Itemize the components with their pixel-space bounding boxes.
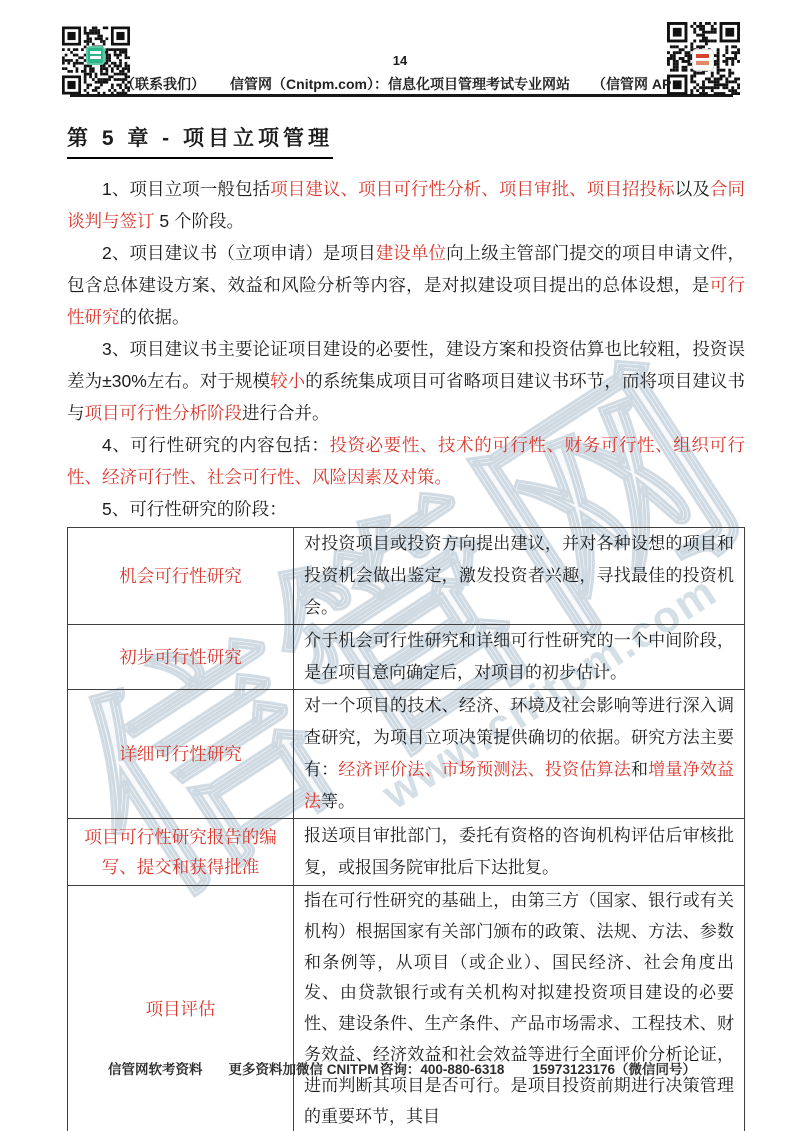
page-header: （联系我们） 信管网（Cnitpm.com）：信息化项目管理考试专业网站 （信管… [0,74,800,92]
page-number: 14 [0,53,800,68]
paragraph-list: 1、项目立项一般包括项目建议、项目可行性分析、项目审批、项目招投标以及合同谈判与… [67,173,745,525]
highlighted-text: 项目可行性分析阶段 [85,403,243,423]
table-row: 机会可行性研究对投资项目或投资方向提出建议，并对各种设想的项目和投资机会做出鉴定… [68,528,745,625]
body-text: 指在可行性研究的基础上，由第三方（国家、银行或有关机构）根据国家有关部门颁布的政… [304,891,734,1126]
body-text: 2、项目建议书（立项申请）是项目 [102,243,376,263]
body-text: 4、可行性研究的内容包括： [102,435,329,455]
document-page: 信管网 www.cnitpm.com 14 （联系我们） 信管网（Cnitpm.… [0,0,800,1131]
header-app-label: （信管网 AP [592,74,671,94]
body-text: 介于机会可行性研究和详细可行性研究的一个中间阶段，是在项目意向确定后，对项目的初… [304,631,734,682]
highlighted-text: 经济评价法、市场预测法、投资估算法 [338,760,631,779]
page-footer: 信管网软考资料 更多资料加微信 CNITPM 咨询：400-880-6318 1… [108,1058,696,1078]
stage-description-cell: 对一个项目的技术、经济、环境及社会影响等进行深入调查研究，为项目立项决策提供确切… [294,690,745,819]
highlighted-text: 建设单位 [376,243,446,263]
header-contact-label: （联系我们） [121,74,205,94]
cnitpm-logo-icon [692,49,714,71]
body-text: 等。 [321,792,355,811]
table-row: 初步可行性研究介于机会可行性研究和详细可行性研究的一个中间阶段，是在项目意向确定… [68,625,745,690]
stage-name-cell: 项目评估 [68,886,294,1131]
footer-hotline: 咨询：400-880-6318 [380,1058,505,1078]
paragraph: 5、可行性研究的阶段： [67,493,745,525]
footer-phone: 15973123176（微信同号） [532,1058,696,1078]
highlighted-text: 项目建议、项目可行性分析、项目审批、项目招投标 [270,179,675,199]
stage-description-cell: 报送项目审批部门，委托有资格的咨询机构评估后审核批复，或报国务院审批后下达批复。 [294,819,745,886]
highlighted-text: 较小 [270,371,305,391]
paragraph: 4、可行性研究的内容包括：投资必要性、技术的可行性、财务可行性、组织可行性、经济… [67,429,745,493]
feasibility-stages-table: 机会可行性研究对投资项目或投资方向提出建议，并对各种设想的项目和投资机会做出鉴定… [67,527,745,1131]
chapter-title: 第 5 章 - 项目立项管理 [67,126,333,159]
paragraph: 2、项目建议书（立项申请）是项目建设单位向上级主管部门提交的项目申请文件，包含总… [67,237,745,333]
body-text: 报送项目审批部门，委托有资格的咨询机构评估后审核批复，或报国务院审批后下达批复。 [304,826,734,877]
stage-description-cell: 介于机会可行性研究和详细可行性研究的一个中间阶段，是在项目意向确定后，对项目的初… [294,625,745,690]
stage-description-cell: 对投资项目或投资方向提出建议，并对各种设想的项目和投资机会做出鉴定，激发投资者兴… [294,528,745,625]
table-row: 详细可行性研究对一个项目的技术、经济、环境及社会影响等进行深入调查研究，为项目立… [68,690,745,819]
body-text: 1、项目立项一般包括 [102,179,270,199]
wechat-logo-icon [86,46,105,65]
stage-description-cell: 指在可行性研究的基础上，由第三方（国家、银行或有关机构）根据国家有关部门颁布的政… [294,886,745,1131]
paragraph: 1、项目立项一般包括项目建议、项目可行性分析、项目审批、项目招投标以及合同谈判与… [67,173,745,237]
footer-wechat-label: 更多资料加微信 CNITPM [229,1058,379,1078]
body-text: 的依据。 [120,307,190,327]
body-text: 和 [631,760,648,779]
footer-site-label: 信管网软考资料 [108,1058,203,1078]
header-divider [70,94,733,97]
body-text: 进行合并。 [242,403,330,423]
table-row: 项目评估指在可行性研究的基础上，由第三方（国家、银行或有关机构）根据国家有关部门… [68,886,745,1131]
document-body: 第 5 章 - 项目立项管理 1、项目立项一般包括项目建议、项目可行性分析、项目… [67,126,745,1131]
paragraph: 3、项目建议书主要论证项目建设的必要性，建设方案和投资估算也比较粗，投资误差为±… [67,333,745,429]
body-text: 5、可行性研究的阶段： [102,499,287,519]
stage-name-cell: 详细可行性研究 [68,690,294,819]
table-row: 项目可行性研究报告的编写、提交和获得批准报送项目审批部门，委托有资格的咨询机构评… [68,819,745,886]
body-text: 以及 [675,179,710,199]
stage-name-cell: 项目可行性研究报告的编写、提交和获得批准 [68,819,294,886]
stage-name-cell: 初步可行性研究 [68,625,294,690]
header-site-title: 信管网（Cnitpm.com）：信息化项目管理考试专业网站 [230,74,570,94]
body-text: 5 个阶段。 [155,211,244,231]
stage-name-cell: 机会可行性研究 [68,528,294,625]
body-text: 对投资项目或投资方向提出建议，并对各种设想的项目和投资机会做出鉴定，激发投资者兴… [304,534,734,617]
